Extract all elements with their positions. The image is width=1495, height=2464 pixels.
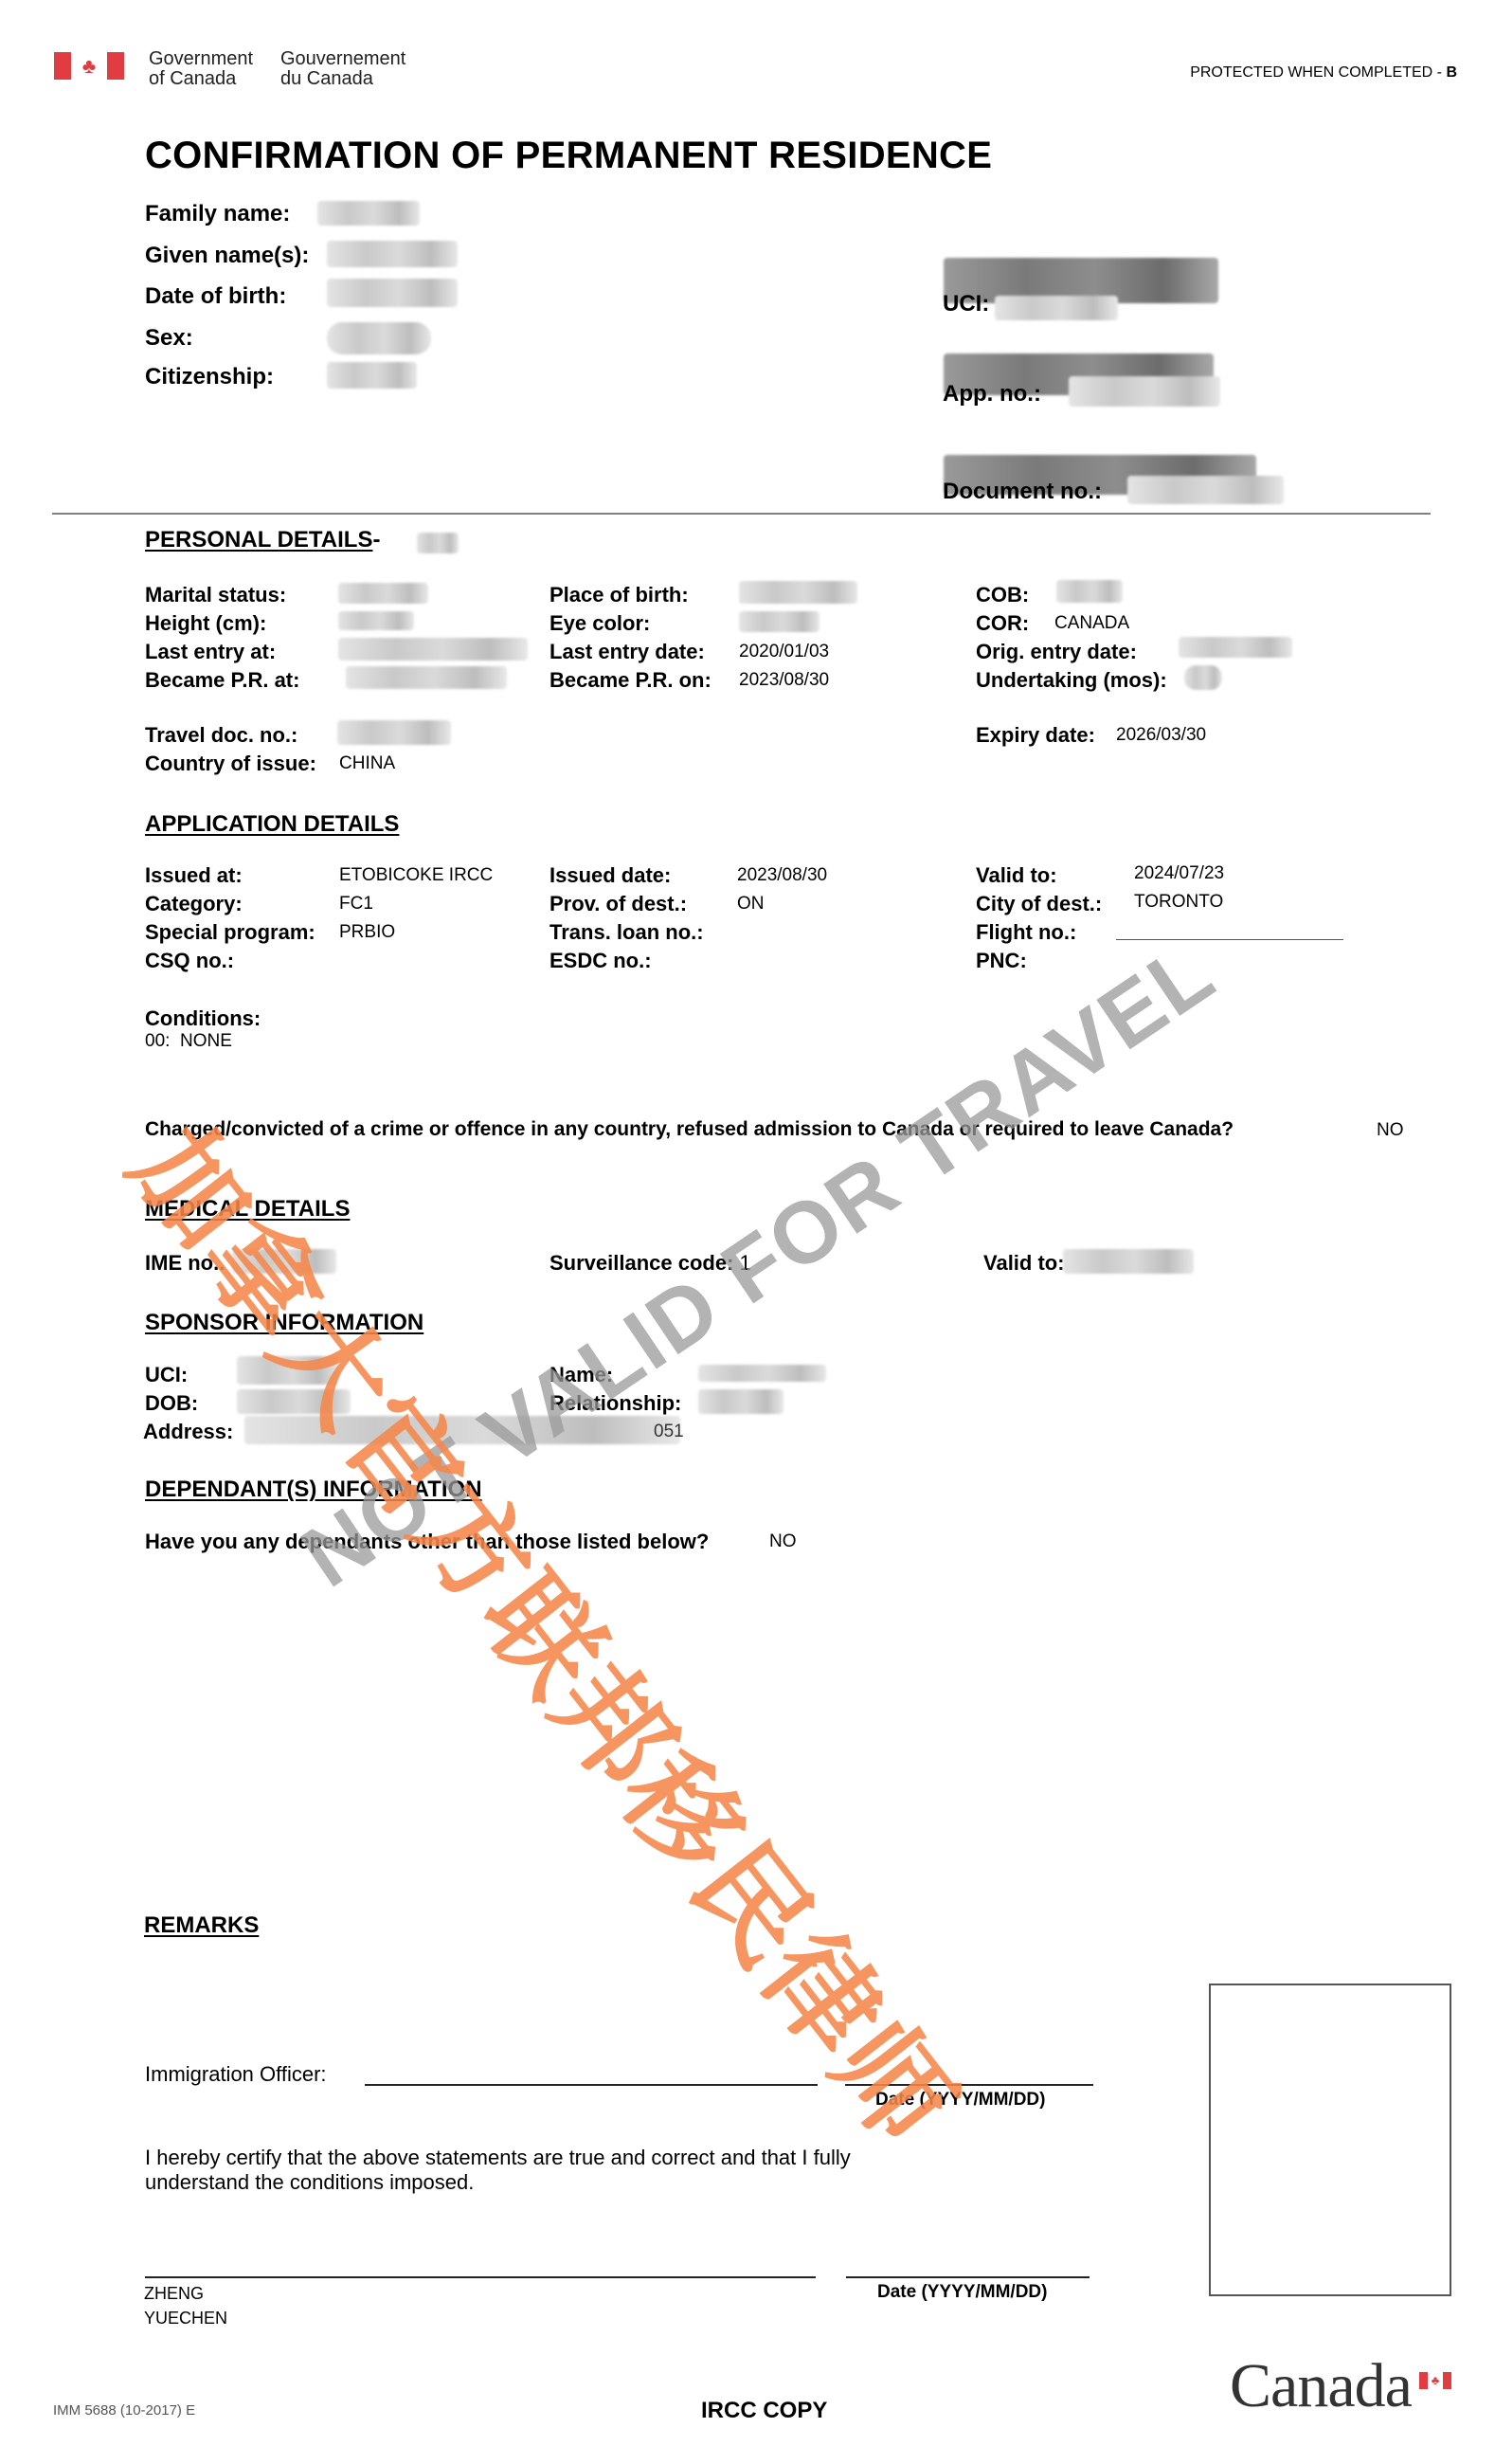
expiry-date-value: 2026/03/30: [1116, 725, 1206, 746]
prov-dest-label: Prov. of dest.:: [549, 892, 687, 916]
redacted-undertaking: [1184, 665, 1222, 690]
canada-wordmark-flag-icon: ♣: [1419, 2372, 1451, 2389]
last-entry-at-label: Last entry at:: [145, 640, 276, 664]
special-program-value: PRBIO: [339, 922, 395, 943]
charged-question: Charged/convicted of a crime or offence …: [145, 1118, 1234, 1141]
city-dest-label: City of dest.:: [976, 892, 1102, 916]
cor-label: COR:: [976, 611, 1029, 636]
redacted-eye-color: [739, 611, 820, 632]
trans-loan-label: Trans. loan no.:: [549, 920, 704, 945]
personal-details-heading: PERSONAL DETAILS -: [145, 527, 380, 553]
sex-label: Sex:: [145, 325, 193, 352]
dependants-answer: NO: [769, 1531, 797, 1552]
eye-color-label: Eye color:: [549, 611, 650, 636]
country-of-issue-label: Country of issue:: [145, 752, 316, 776]
place-of-birth-label: Place of birth:: [549, 583, 689, 607]
app-no-label: App. no.:: [943, 381, 1041, 408]
issued-at-value: ETOBICOKE IRCC: [339, 865, 493, 886]
given-names-label: Given name(s):: [145, 243, 309, 269]
conditions-value: 00: NONE: [145, 1031, 232, 1052]
redacted-height: [338, 611, 414, 630]
canada-flag-icon: ♣: [54, 52, 124, 80]
protected-level: B: [1446, 64, 1457, 81]
remarks-heading: REMARKS: [144, 1912, 259, 1939]
certification-statement: I hereby certify that the above statemen…: [145, 2146, 851, 2195]
csq-label: CSQ no.:: [145, 949, 234, 973]
redacted-app-no: [1069, 376, 1220, 407]
cor-value: CANADA: [1054, 613, 1129, 634]
redacted-last-entry-at: [338, 638, 528, 661]
marital-status-label: Marital status:: [145, 583, 286, 607]
document-no-label: Document no.:: [943, 479, 1102, 505]
gov-fr-line1: Gouvernement: [280, 49, 405, 69]
valid-to-label: Valid to:: [976, 863, 1057, 888]
category-label: Category:: [145, 892, 243, 916]
sponsor-address-label: Address:: [143, 1420, 233, 1444]
valid-to-value: 2024/07/23: [1134, 863, 1224, 884]
holder-family-name: ZHENG: [144, 2284, 204, 2304]
prov-dest-value: ON: [737, 894, 765, 915]
gov-en-line1: Government: [149, 49, 253, 69]
dob-label: Date of birth:: [145, 283, 286, 310]
holder-given-name: YUECHEN: [144, 2309, 227, 2328]
charged-answer: NO: [1377, 1120, 1404, 1141]
redacted-sponsor-name: [698, 1365, 826, 1382]
header-divider: [52, 513, 1431, 515]
became-pr-at-label: Became P.R. at:: [145, 668, 299, 693]
flight-label: Flight no.:: [976, 920, 1076, 945]
redacted-personal-suffix: [417, 533, 459, 553]
redacted-family-name: [317, 201, 420, 226]
redacted-given-names: [327, 241, 458, 267]
certify-line-2: understand the conditions imposed.: [145, 2170, 851, 2195]
category-value: FC1: [339, 894, 373, 915]
gov-fr-line2: du Canada: [280, 69, 405, 89]
officer-signature-line[interactable]: [365, 2084, 818, 2086]
pnc-label: PNC:: [976, 949, 1027, 973]
last-entry-date-value: 2020/01/03: [739, 642, 829, 662]
application-details-heading: APPLICATION DETAILS: [145, 811, 399, 838]
form-code: IMM 5688 (10-2017) E: [53, 2402, 195, 2419]
protected-text: PROTECTED WHEN COMPLETED -: [1190, 64, 1446, 81]
redacted-dob: [327, 279, 458, 307]
holder-date-caption: Date (YYYY/MM/DD): [877, 2282, 1047, 2303]
became-pr-on-label: Became P.R. on:: [549, 668, 711, 693]
personal-details-suffix: -: [372, 527, 380, 553]
gov-fr-signature: Gouvernement du Canada: [280, 49, 405, 89]
country-of-issue-value: CHINA: [339, 753, 395, 774]
certify-line-1: I hereby certify that the above statemen…: [145, 2146, 851, 2170]
redacted-cob: [1056, 580, 1123, 603]
redacted-travel-doc: [337, 720, 451, 745]
gov-en-line2: of Canada: [149, 69, 253, 89]
travel-doc-label: Travel doc. no.:: [145, 723, 297, 748]
page-title: CONFIRMATION OF PERMANENT RESIDENCE: [145, 135, 992, 177]
orig-entry-date-label: Orig. entry date:: [976, 640, 1137, 664]
cob-label: COB:: [976, 583, 1029, 607]
medical-valid-to-label: Valid to:: [983, 1251, 1065, 1276]
redacted-medical-valid-to: [1063, 1249, 1194, 1274]
holder-date-line[interactable]: [846, 2276, 1090, 2278]
became-pr-on-value: 2023/08/30: [739, 670, 829, 691]
ircc-copy-label: IRCC COPY: [701, 2398, 827, 2424]
protected-label: PROTECTED WHEN COMPLETED - B: [1190, 64, 1457, 82]
redacted-orig-entry-date: [1179, 637, 1292, 658]
issued-at-label: Issued at:: [145, 863, 243, 888]
canada-wordmark: Canada: [1230, 2350, 1412, 2422]
height-label: Height (cm):: [145, 611, 266, 636]
family-name-label: Family name:: [145, 201, 290, 227]
citizenship-label: Citizenship:: [145, 364, 274, 390]
last-entry-date-label: Last entry date:: [549, 640, 705, 664]
sponsor-dob-label: DOB:: [145, 1391, 198, 1416]
photo-box: [1209, 1984, 1451, 2296]
redacted-became-pr-at: [346, 666, 507, 689]
sponsor-uci-label: UCI:: [145, 1363, 188, 1387]
redacted-citizenship: [327, 362, 417, 389]
city-dest-value: TORONTO: [1134, 892, 1223, 913]
redacted-place-of-birth: [739, 581, 857, 604]
expiry-date-label: Expiry date:: [976, 723, 1095, 748]
redacted-sponsor-relationship: [698, 1389, 784, 1414]
redacted-marital-status: [338, 583, 428, 604]
gov-en-signature: Government of Canada: [149, 49, 253, 89]
sponsor-address-tail: 051: [654, 1422, 684, 1442]
personal-details-title: PERSONAL DETAILS: [145, 527, 372, 553]
redacted-sex: [327, 322, 431, 354]
conditions-label: Conditions:: [145, 1006, 261, 1031]
special-program-label: Special program:: [145, 920, 315, 945]
undertaking-label: Undertaking (mos):: [976, 668, 1167, 693]
esdc-label: ESDC no.:: [549, 949, 652, 973]
redacted-document-no: [1127, 476, 1284, 504]
issued-date-label: Issued date:: [549, 863, 671, 888]
officer-label: Immigration Officer:: [145, 2062, 327, 2087]
uci-label: UCI:: [943, 291, 989, 317]
redacted-uci: [995, 296, 1118, 320]
holder-signature-line[interactable]: [145, 2276, 816, 2278]
issued-date-value: 2023/08/30: [737, 865, 827, 886]
